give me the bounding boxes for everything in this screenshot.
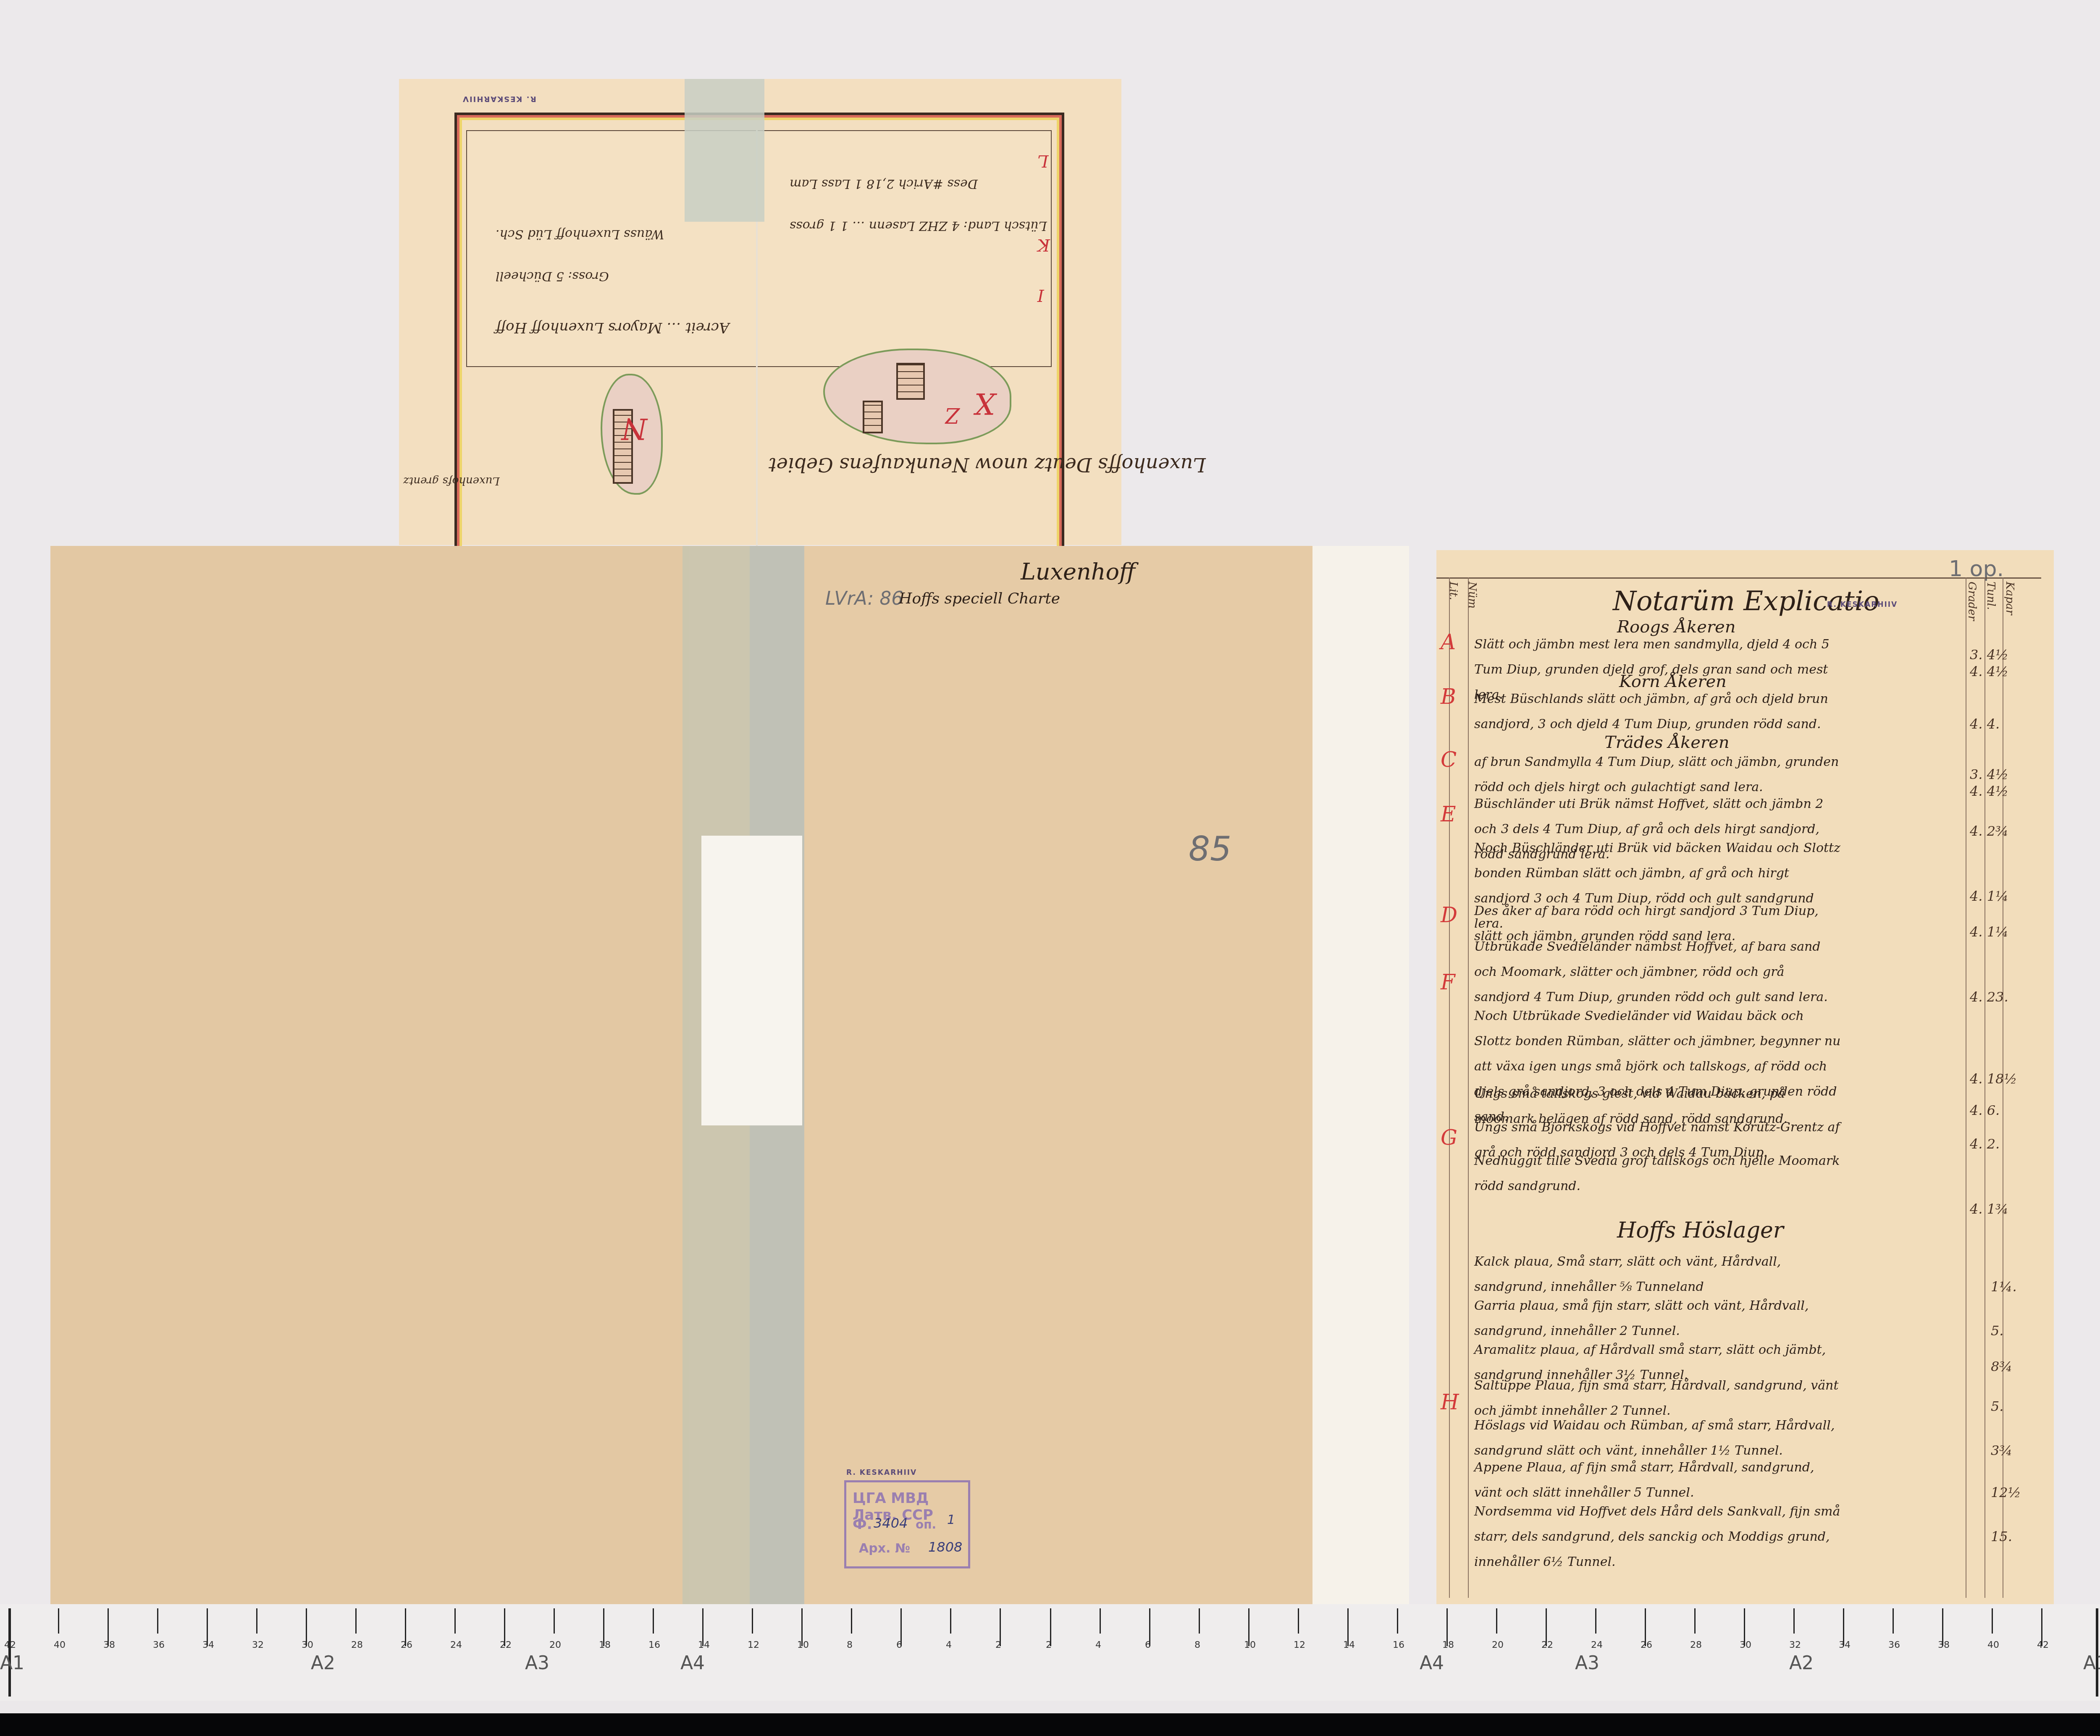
entry-value: 4. 1¼	[1970, 888, 2008, 904]
col-header-kapar: Kapar	[2003, 582, 2016, 615]
entry-letter: D	[1441, 903, 1457, 927]
ruler-tick	[1793, 1608, 1795, 1634]
entry-value: 15.	[1991, 1529, 2012, 1545]
ruler-number: 42	[2037, 1640, 2049, 1650]
entry-value: 4. 4½	[1970, 663, 2008, 679]
ruler-number: 26	[1641, 1640, 1652, 1650]
map-row-letter: I	[1037, 286, 1044, 305]
ruler-tick	[752, 1608, 753, 1634]
explication-stamp: R. KESKARHIIV	[1827, 601, 1898, 609]
shelf-mark: LVrA: 86	[825, 588, 903, 609]
ruler-number: 42	[4, 1640, 16, 1650]
col-header-grader: Grader	[1966, 582, 1978, 621]
ruler-number: 16	[648, 1640, 660, 1650]
ruler-number: 10	[1244, 1640, 1256, 1650]
ruler-paper-size-label: A1	[0, 1652, 24, 1674]
table-top-rule	[1436, 577, 2041, 579]
col-header-lit: Lit.	[1447, 582, 1459, 600]
map-field-letter: X	[974, 386, 995, 421]
map-row-letter: K	[1037, 235, 1050, 254]
ruler-number: 18	[599, 1640, 611, 1650]
paper-repair-patch	[701, 836, 802, 1125]
archive-stamp: ЦГА МВД Латв. ССР Ф. 3404 оп. 1 Арх. № 1…	[844, 1480, 970, 1568]
map-table-row: Dess #Arich 2,18 1 Lass Lam	[790, 176, 978, 191]
entry-value: 8¾	[1991, 1358, 2012, 1374]
ruler-tick	[1992, 1608, 1993, 1634]
ruler-number: 30	[1740, 1640, 1751, 1650]
ruler-tick	[1893, 1608, 1894, 1634]
ruler-tick	[454, 1608, 456, 1634]
archive-fond-value: 3404	[874, 1515, 908, 1531]
entry-letter: F	[1441, 970, 1455, 994]
col-header-num: Nüm	[1466, 582, 1478, 608]
map-title: Luxenhoffs Deutz unow Neunkaufens Gebiet	[769, 454, 1206, 476]
ruler-number: 10	[797, 1640, 809, 1650]
ruler-number: 36	[1888, 1640, 1900, 1650]
ruler-number: 32	[252, 1640, 264, 1650]
ruler-tick	[1397, 1608, 1398, 1634]
ruler-paper-size-label: A4	[680, 1652, 705, 1674]
ruler-tick	[157, 1608, 158, 1634]
map-stamp: R. KESKARHIIV	[462, 94, 536, 103]
table-col-rule	[1449, 577, 1450, 1598]
ruler-paper-size-label: A4	[1420, 1652, 1444, 1674]
entry-value: 3. 4½	[1970, 647, 2008, 663]
ruler-number: 6	[896, 1640, 902, 1650]
entry-text: Utbrükade Svedieländer nämbst Hoffvet, a…	[1474, 934, 1844, 1010]
section-heading: Hoffs Höslager	[1617, 1218, 1784, 1243]
entry-letter: E	[1441, 802, 1456, 826]
ruler-tick	[851, 1608, 852, 1634]
ruler-number: 40	[54, 1640, 66, 1650]
ruler-number: 24	[450, 1640, 462, 1650]
entry-value: 12½	[1991, 1484, 2021, 1500]
ruler-number: 28	[351, 1640, 363, 1650]
map-repair-tape	[685, 79, 764, 222]
entry-letter: B	[1441, 684, 1456, 709]
ruler-paper-size-label: A1	[2083, 1652, 2100, 1674]
ruler-number: 18	[1442, 1640, 1454, 1650]
ruler-tick	[1199, 1608, 1200, 1634]
entry-value: 3. 4½	[1970, 766, 2008, 782]
ruler-number: 22	[500, 1640, 512, 1650]
entry-value: 4. 6.	[1970, 1102, 2000, 1118]
archive-opis-value: 1	[947, 1513, 955, 1527]
ruler-tick	[554, 1608, 555, 1634]
archive-stamp-header: R. KESKARHIIV	[846, 1469, 917, 1477]
estate-name: Luxenhoff	[1021, 559, 1135, 585]
ruler-number: 12	[748, 1640, 759, 1650]
entry-text: Appene Plaua, af fijn små starr, Hårdval…	[1474, 1455, 1844, 1505]
ruler-number: 34	[202, 1640, 214, 1650]
entry-value: 4. 4½	[1970, 783, 2008, 799]
ruler-number: 20	[1492, 1640, 1504, 1650]
cover-back-page	[50, 546, 689, 1604]
ruler-tick	[58, 1608, 59, 1634]
ruler-number: 6	[1145, 1640, 1151, 1650]
entry-value: 4. 2.	[1970, 1136, 2000, 1152]
entry-value: 4. 1¼	[1970, 924, 2008, 940]
ruler-tick	[950, 1608, 951, 1634]
entry-value: 4. 4.	[1970, 716, 2000, 732]
map-table-row: Acreit … Mayors Luxenhoff Hoff	[496, 319, 730, 336]
ruler-tick	[1595, 1608, 1596, 1634]
ruler-number: 2	[1046, 1640, 1052, 1650]
ruler-number: 16	[1393, 1640, 1404, 1650]
ruler-tick	[1298, 1608, 1299, 1634]
entry-text: Nedhuggit tille Svedia grof tallskogs oc…	[1474, 1149, 1844, 1199]
entry-value: 4. 18½	[1970, 1071, 2017, 1087]
ruler-tick	[1100, 1608, 1101, 1634]
entry-value: 1¼.	[1991, 1279, 2017, 1295]
ruler-number: 38	[103, 1640, 115, 1650]
ruler-number: 8	[847, 1640, 853, 1650]
ruler-number: 14	[1343, 1640, 1355, 1650]
map-table-row: Wäuss Luxenhoff Lüd Sch.	[496, 227, 664, 241]
archive-opis-label: оп.	[916, 1518, 936, 1531]
entry-value: 4. 2¾	[1970, 823, 2008, 839]
map-field-letter: Z	[945, 403, 960, 427]
map-row-letter: L	[1037, 151, 1049, 170]
map-side-note: Luxenhofs grentz	[403, 475, 500, 487]
archive-number-value: 1808	[928, 1539, 962, 1555]
white-repair-strip	[1312, 546, 1409, 1604]
entry-value: 4. 23.	[1970, 989, 2008, 1005]
ruler-tick	[1694, 1608, 1696, 1634]
map-table-row: Gross: 5 Dücheell	[496, 269, 609, 283]
map-table-row: Lütsch Land: 4 ZHZ Lasenn … 1 1 gross	[790, 218, 1047, 233]
ruler-number: 22	[1541, 1640, 1553, 1650]
entry-text: Mest Büschlands slätt och jämbn, af grå …	[1474, 687, 1844, 737]
ruler-paper-size-label: A2	[1789, 1652, 1814, 1674]
ruler-number: 36	[153, 1640, 165, 1650]
entry-letter: A	[1441, 630, 1456, 654]
ruler-number: 28	[1690, 1640, 1702, 1650]
ruler-tick	[1496, 1608, 1497, 1634]
entry-value: 4. 1¾	[1970, 1201, 2008, 1217]
ruler-number: 30	[302, 1640, 313, 1650]
entry-value: 3¾	[1991, 1442, 2012, 1458]
ruler-number: 4	[1095, 1640, 1101, 1650]
table-col-rule	[1966, 577, 1966, 1598]
entry-value: 5.	[1991, 1398, 2004, 1414]
ruler-paper-size-label: A2	[311, 1652, 335, 1674]
ruler-number: 14	[698, 1640, 710, 1650]
ruler-tick	[653, 1608, 654, 1634]
ruler-number: 40	[1987, 1640, 1999, 1650]
ruler-number: 26	[401, 1640, 412, 1650]
ruler-tick	[256, 1608, 257, 1634]
entry-value: 5.	[1991, 1323, 2004, 1339]
scanner-edge	[0, 1713, 2100, 1736]
archive-fond-label: Ф.	[853, 1516, 872, 1533]
col-header-tunl: Tunl.	[1984, 582, 1997, 610]
archive-number-label: Арх. №	[859, 1541, 910, 1556]
ruler-number: 4	[946, 1640, 952, 1650]
entry-letter: G	[1441, 1125, 1457, 1150]
map-field-letter: N	[622, 412, 647, 446]
ruler-number: 34	[1839, 1640, 1851, 1650]
ruler-number: 24	[1591, 1640, 1603, 1650]
entry-text: Nordsemma vid Hoffvet dels Hård dels San…	[1474, 1499, 1844, 1575]
ruler-number: 20	[549, 1640, 561, 1650]
ruler-number: 38	[1938, 1640, 1950, 1650]
ruler-number: 32	[1789, 1640, 1801, 1650]
ruler-paper-size-label: A3	[1575, 1652, 1599, 1674]
ruler-number: 8	[1194, 1640, 1200, 1650]
entry-text: Garria plaua, små fijn starr, slätt och …	[1474, 1293, 1844, 1344]
entry-text: Kalck plaua, Små starr, slätt och vänt, …	[1474, 1249, 1844, 1300]
ruler-number: 2	[995, 1640, 1001, 1650]
ruler-tick	[355, 1608, 357, 1634]
folio-number: 85	[1189, 829, 1231, 868]
entry-letter: H	[1441, 1390, 1459, 1414]
cover-description: Hoffs speciell Charte	[899, 590, 1060, 607]
table-col-rule	[1468, 577, 1469, 1598]
entry-letter: C	[1441, 747, 1457, 772]
ruler-number: 12	[1294, 1640, 1305, 1650]
ruler-paper-size-label: A3	[525, 1652, 549, 1674]
